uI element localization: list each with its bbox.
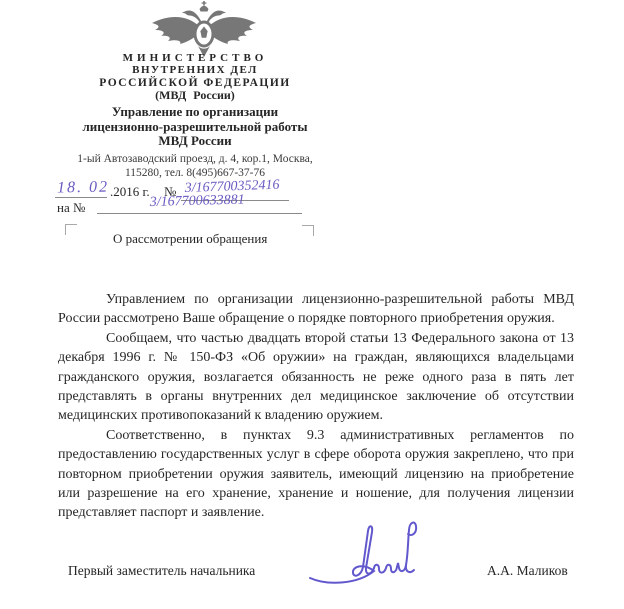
date-underline [55, 197, 107, 198]
field-corner-mark-left [65, 224, 77, 235]
ministry-abbreviation: (МВД России) [5, 89, 385, 102]
handwritten-date: 18. 02 [57, 179, 109, 198]
printed-year: .2016 г. [110, 184, 150, 200]
body-paragraph: Соответственно, в пунктах 9.3 администра… [58, 426, 574, 523]
scanned-letter-page: МИНИСТЕРСТВО ВНУТРЕННИХ ДЕЛ РОССИЙСКОЙ Ф… [0, 0, 624, 609]
handwritten-incoming-number: 3/167700633881 [150, 193, 245, 211]
body-paragraph: Управлением по организации лицензионно-р… [58, 290, 574, 329]
signer-name: А.А. Маликов [487, 563, 568, 579]
mvd-double-headed-eagle-icon [150, 1, 258, 57]
signer-position: Первый заместитель начальника [68, 563, 255, 579]
letter-body: Управлением по организации лицензионно-р… [58, 290, 574, 523]
field-corner-mark-right [302, 225, 314, 236]
ministry-name-line: ВНУТРЕННИХ ДЕЛ [5, 65, 385, 77]
subject-line: О рассмотрении обращения [113, 231, 267, 247]
department-name-line: лицензионно-разрешительной работы [5, 120, 385, 135]
incoming-number-underline [97, 213, 302, 214]
letterhead: МИНИСТЕРСТВО ВНУТРЕННИХ ДЕЛ РОССИЙСКОЙ Ф… [5, 53, 385, 180]
signature-autograph-icon [306, 516, 430, 596]
address-line: 1-ый Автозаводский проезд, д. 4, кор.1, … [5, 154, 385, 166]
department-name-line: МВД России [5, 134, 385, 149]
department-name-line: Управление по организации [5, 105, 385, 120]
phone-line: 115280, тел. 8(495)667-37-76 [5, 168, 385, 180]
body-paragraph: Сообщаем, что частью двадцать второй ста… [58, 329, 574, 426]
reply-to-number-label: на № [57, 200, 85, 216]
